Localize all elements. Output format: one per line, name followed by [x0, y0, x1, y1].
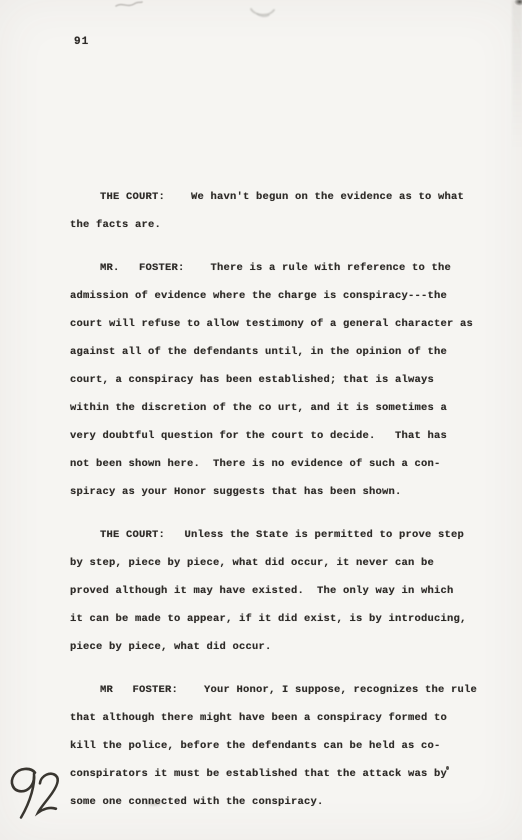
- transcript-line: piece by piece, what did occur.: [70, 633, 482, 661]
- transcript-line: proved although it may have existed. The…: [70, 577, 482, 605]
- paragraph: THE COURT: We havn't begun on the eviden…: [70, 183, 482, 239]
- transcript-line: the facts are.: [70, 211, 482, 239]
- transcript-line: admission of evidence where the charge i…: [70, 282, 482, 310]
- paragraph: THE COURT: Unless the State is permitted…: [70, 521, 482, 661]
- transcript-line: that although there might have been a co…: [70, 704, 482, 732]
- transcript-line: very doubtful question for the court to …: [70, 422, 482, 450]
- scanned-transcript-page: 91 THE COURT: We havn't begun on the evi…: [0, 0, 522, 840]
- scan-speck-top-right: [514, 0, 522, 6]
- transcript-line: not been shown here. There is no evidenc…: [70, 450, 482, 478]
- transcript-line: against all of the defendants until, in …: [70, 338, 482, 366]
- transcript-line: THE COURT: Unless the State is permitted…: [70, 521, 482, 549]
- transcript-line: court will refuse to allow testimony of …: [70, 310, 482, 338]
- handwritten-page-number: 92: [4, 761, 64, 830]
- scan-streak-right-edge: [512, 0, 522, 150]
- ink-smudge-top-left: [114, 0, 144, 12]
- transcript-line: THE COURT: We havn't begun on the eviden…: [70, 183, 482, 211]
- transcript-line: it can be made to appear, if it did exis…: [70, 605, 482, 633]
- transcript-line: within the discretion of the co urt, and…: [70, 394, 482, 422]
- transcript-line: some one connected with the conspiracy.: [70, 788, 482, 816]
- transcript-line: court, a conspiracy has been established…: [70, 366, 482, 394]
- transcript-line: kill the police, before the defendants c…: [70, 732, 482, 760]
- transcript-line: MR. FOSTER: There is a rule with referen…: [70, 254, 482, 282]
- typed-page-number: 91: [74, 36, 89, 48]
- ink-smudge-top-center: [247, 2, 279, 20]
- transcript-line: spiracy as your Honor suggests that has …: [70, 478, 482, 506]
- transcript-line: by step, piece by piece, what did occur,…: [70, 549, 482, 577]
- transcript-line: conspirators it must be established that…: [70, 760, 482, 788]
- paragraph: MR. FOSTER: There is a rule with referen…: [70, 254, 482, 506]
- transcript-line: MR FOSTER: Your Honor, I suppose, recogn…: [70, 676, 482, 704]
- paragraph: MR FOSTER: Your Honor, I suppose, recogn…: [70, 676, 482, 816]
- transcript-body: THE COURT: We havn't begun on the eviden…: [70, 183, 482, 831]
